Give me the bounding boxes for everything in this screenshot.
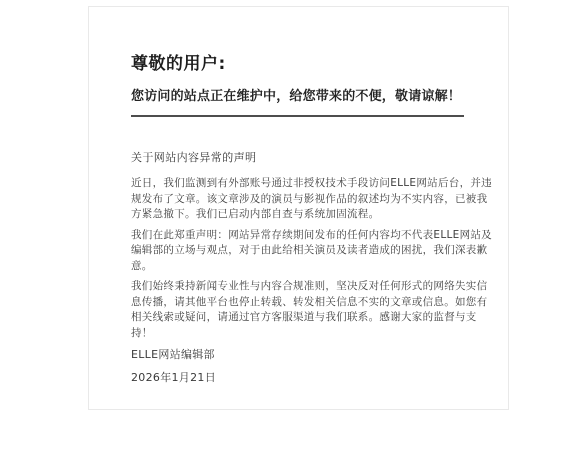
statement-paragraph-2: 我们在此郑重声明：网站异常存续期间发布的任何内容均不代表ELLE网站及 编辑部的… [131, 228, 464, 275]
notice-card: 尊敬的用户: 您访问的站点正在维护中，给您带来的不便，敬请谅解！ 关于网站内容异… [88, 6, 509, 410]
paragraph-line: 我们始终秉持新闻专业性与内容合规准则，坚决反对任何形式的网络失实信 [131, 279, 464, 295]
maintenance-message: 您访问的站点正在维护中，给您带来的不便，敬请谅解！ [131, 88, 464, 106]
signature: ELLE网站编辑部 [131, 347, 464, 363]
paragraph-line: 意。 [131, 259, 464, 275]
statement-paragraph-3: 我们始终秉持新闻专业性与内容合规准则，坚决反对任何形式的网络失实信 息传播，请其… [131, 279, 464, 341]
paragraph-line: 相关线索或疑问，请通过官方客服渠道与我们联系。感谢大家的监督与支 [131, 310, 464, 326]
paragraph-line: 规发布了文章。该文章涉及的演员与影视作品的叙述均为不实内容，已被我 [131, 192, 464, 208]
paragraph-line: 方紧急撤下。我们已启动内部自查与系统加固流程。 [131, 207, 464, 223]
paragraph-line: 持！ [131, 326, 464, 342]
greeting-heading: 尊敬的用户: [131, 52, 464, 76]
paragraph-line: 息传播，请其他平台也停止转载、转发相关信息不实的文章或信息。如您有 [131, 295, 464, 311]
paragraph-line: 我们在此郑重声明：网站异常存续期间发布的任何内容均不代表ELLE网站及 [131, 228, 464, 244]
statement-date: 2026年1月21日 [131, 370, 464, 386]
page-background: 尊敬的用户: 您访问的站点正在维护中，给您带来的不便，敬请谅解！ 关于网站内容异… [0, 0, 578, 450]
paragraph-line: 近日，我们监测到有外部账号通过非授权技术手段访问ELLE网站后台，并违 [131, 176, 464, 192]
paragraph-line: 编辑部的立场与观点，对于由此给相关演员及读者造成的困扰，我们深表歉 [131, 243, 464, 259]
header-divider [131, 115, 464, 117]
statement-paragraph-1: 近日，我们监测到有外部账号通过非授权技术手段访问ELLE网站后台，并违 规发布了… [131, 176, 464, 223]
statement-title: 关于网站内容异常的声明 [131, 150, 464, 166]
